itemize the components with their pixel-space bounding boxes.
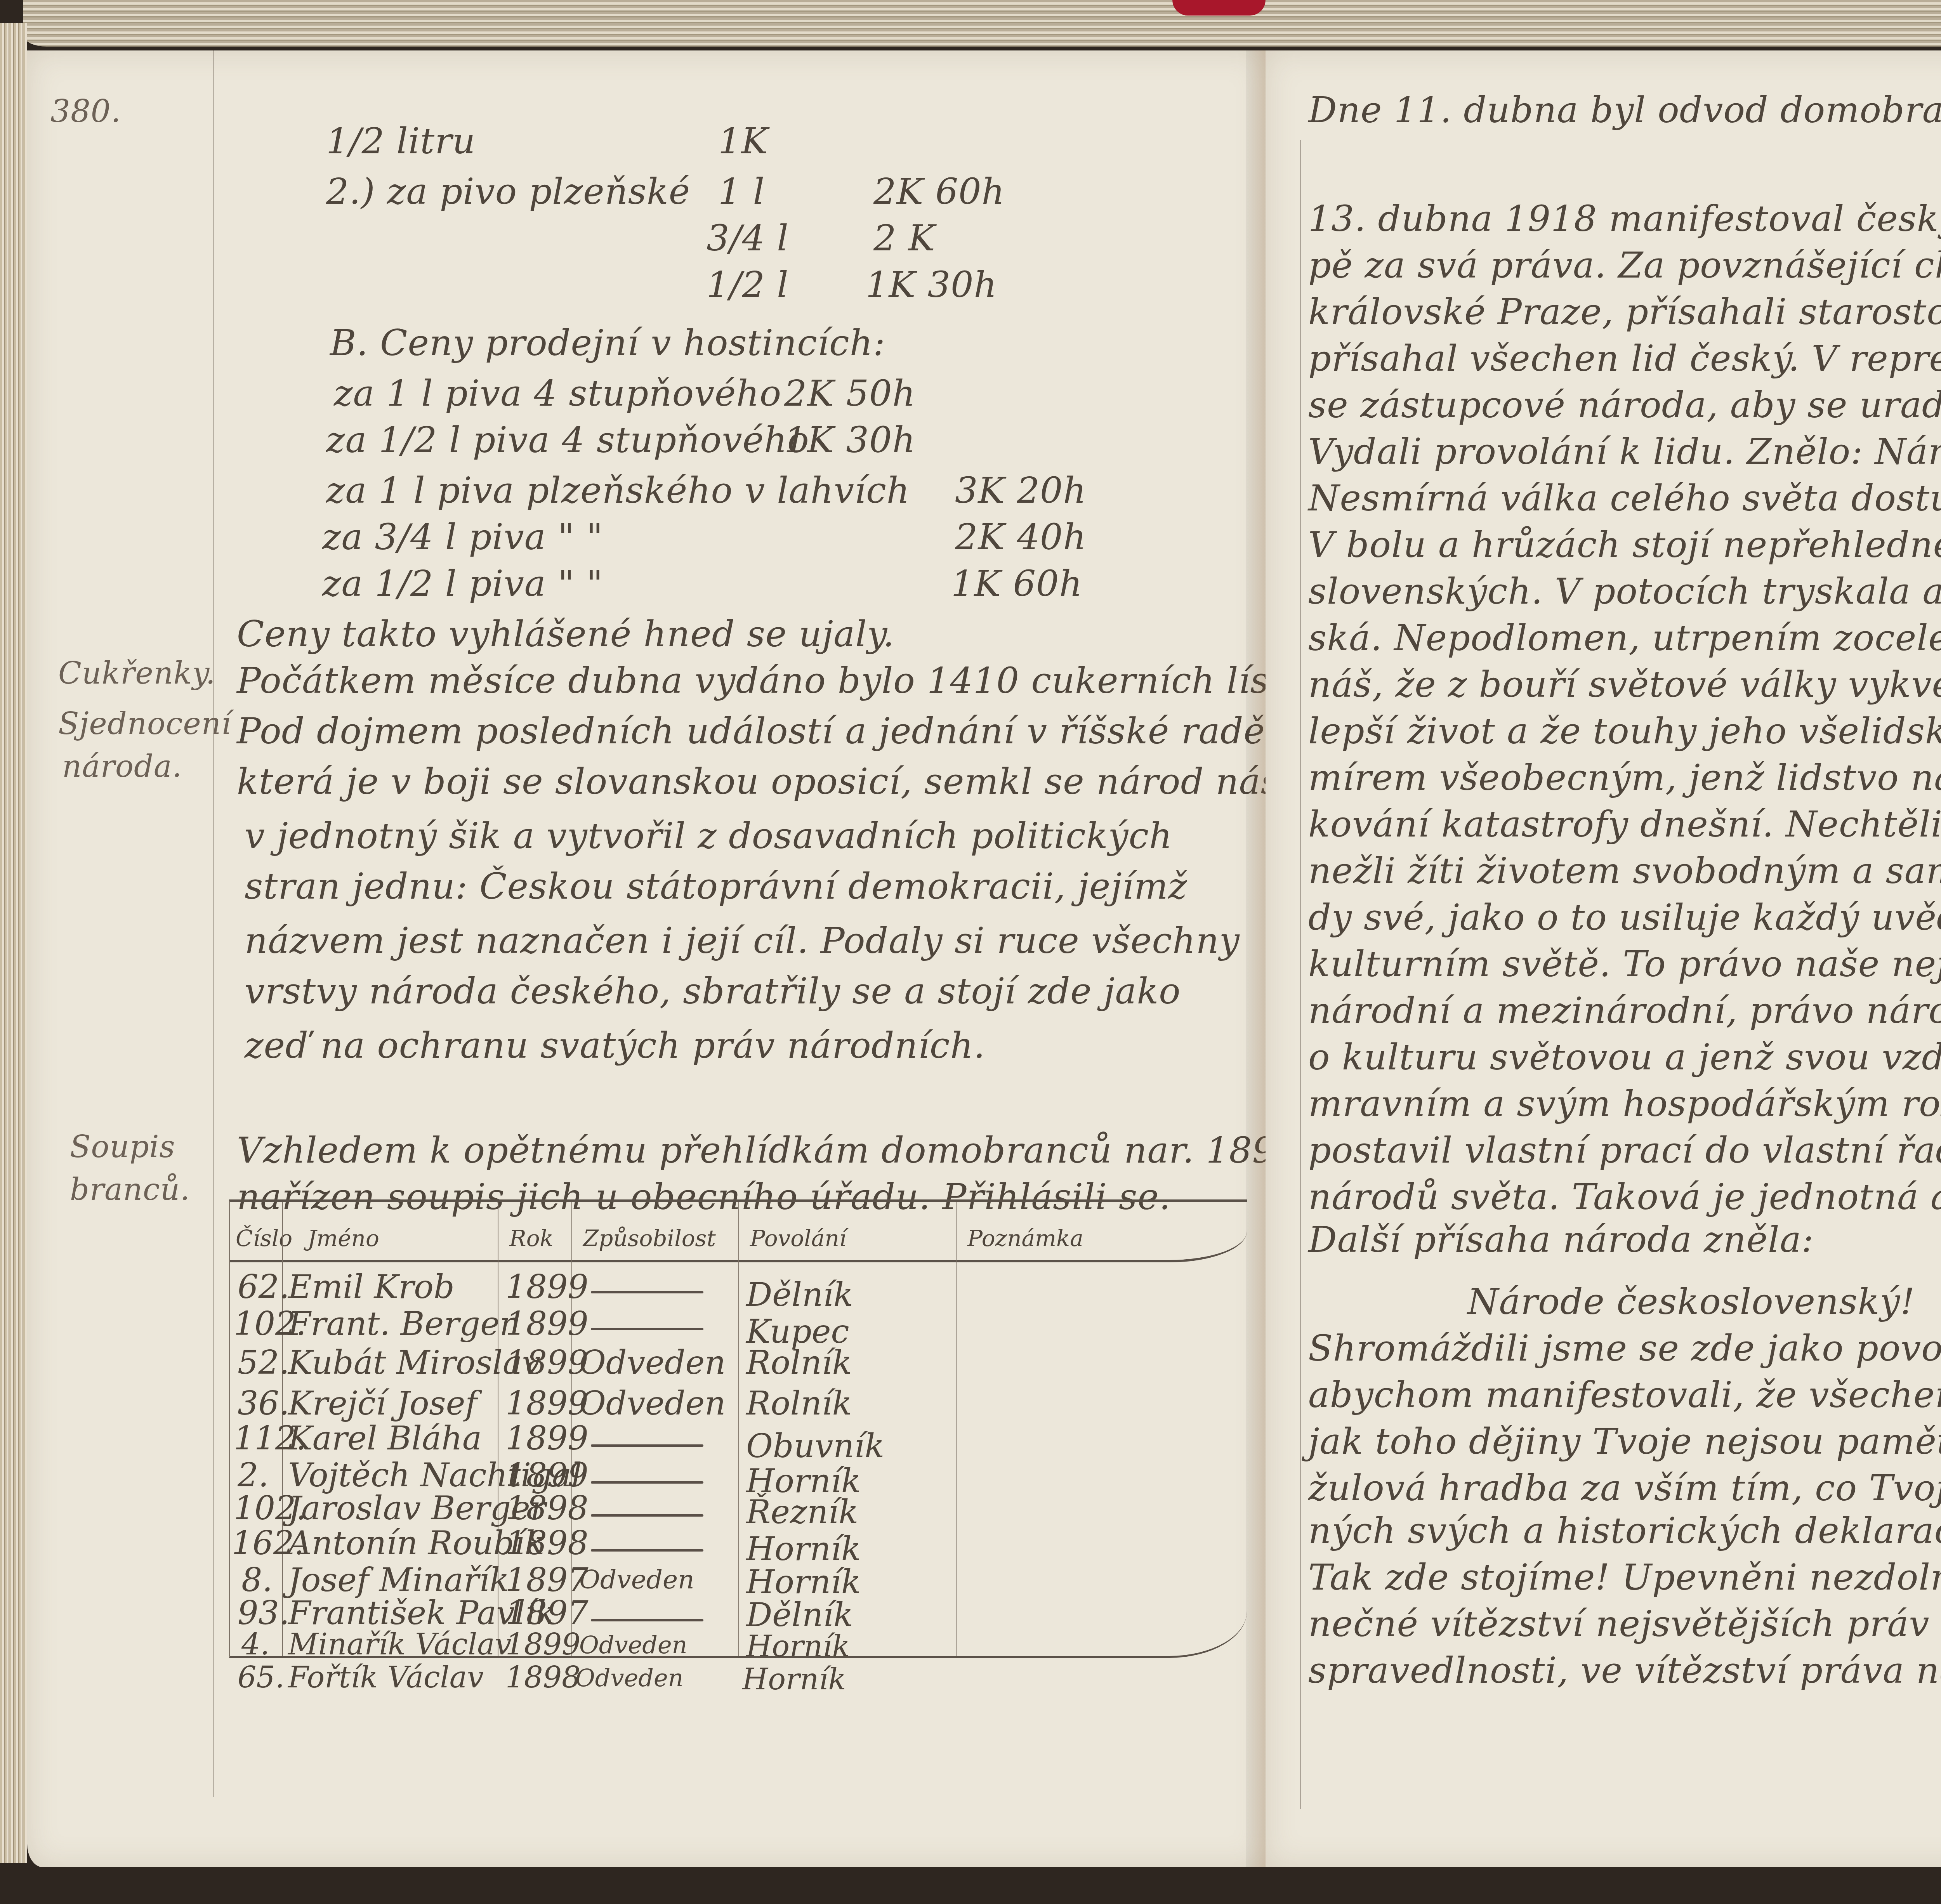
cell-jmeno: Emil Krob: [288, 1268, 455, 1306]
text-line: V bolu a hrůzách stojí nepřehledné zástu…: [1308, 524, 1941, 566]
cell-povolani: Horník: [746, 1563, 861, 1601]
price-item: 2.) za pivo plzeňské: [326, 171, 690, 212]
text-line: dy své, jako o to usiluje každý uvědoměl…: [1308, 897, 1941, 938]
text-line: kulturním světě. To právo naše nejposvát…: [1308, 943, 1941, 985]
cell-rok: 1899: [505, 1419, 589, 1457]
text-line: Shromáždili jsme se zde jako povolaní zá…: [1308, 1328, 1941, 1369]
cell-zpusobilost: Odveden: [579, 1384, 726, 1422]
text-line: žulová hradba za vším tím, co Tvoje pose…: [1308, 1467, 1941, 1509]
margin-rule: [214, 50, 214, 1797]
text-line: Nesmírná válka celého světa dostupuje sv…: [1308, 477, 1941, 519]
cell-povolani: Dělník: [746, 1596, 853, 1634]
price-qty: 1 l: [718, 171, 765, 212]
cell-rok: 1899: [505, 1384, 589, 1422]
cell-jmeno: Frant. Berger: [288, 1305, 515, 1343]
text-line: která je v boji se slovanskou oposicí, s…: [237, 761, 1280, 802]
price-value: 1K: [718, 120, 768, 162]
cell-jmeno: Karel Bláha: [288, 1419, 482, 1457]
text-line: názvem jest naznačen i její cíl. Podaly …: [245, 920, 1240, 962]
cell-cislo: 52.: [238, 1343, 290, 1382]
cell-jmeno: Josef Minařík: [288, 1561, 509, 1599]
retail-price: 1K 30h: [784, 419, 916, 461]
left-page: 380. 1/2 litru 1K 2.) za pivo plzeňské 1…: [27, 50, 1266, 1867]
text-line: Vydali provolání k lidu. Znělo: Národe č…: [1308, 431, 1941, 472]
cell-cislo: 93.: [238, 1594, 290, 1632]
cell-cislo: 62.: [238, 1268, 290, 1306]
section-b-title: B. Ceny prodejní v hostincích:: [330, 322, 885, 364]
text-line: náš, že z bouří světové války vykvete na…: [1308, 664, 1941, 705]
text-line: královské Praze, přísahali starostové v …: [1308, 291, 1941, 333]
cell-jmeno: Kubát Miroslav: [288, 1343, 540, 1382]
text-line: lepší život a že touhy jeho všelidské po…: [1308, 710, 1941, 752]
cell-cislo: 4.: [241, 1627, 270, 1661]
cell-povolani: Horník: [746, 1530, 861, 1568]
page-edges-left: [0, 23, 27, 1863]
margin-note-soupis: Soupis: [70, 1130, 175, 1165]
cell-povolani: Dělník: [746, 1276, 853, 1314]
retail-item: za 1 l piva 4 stupňového: [334, 373, 781, 414]
text-line: mírem všeobecným, jenž lidstvo na věky o…: [1308, 757, 1941, 798]
price-value: 2K 60h: [873, 171, 1005, 212]
price-qty: 1/2 l: [707, 264, 789, 305]
text-line: se zástupcové národa, aby se uradili v d…: [1308, 384, 1941, 426]
book-spread: 380. 1/2 litru 1K 2.) za pivo plzeňské 1…: [0, 0, 1941, 1904]
cell-rok: 1899: [505, 1456, 589, 1494]
text-line: národů světa. Taková je jednotná a svorn…: [1308, 1176, 1941, 1218]
retail-price: 1K 60h: [951, 563, 1083, 604]
cell-zpusobilost: Odveden: [579, 1565, 694, 1595]
header-rok: Rok: [509, 1225, 554, 1251]
cell-rok: 1898: [505, 1489, 589, 1527]
cell-povolani: Horník: [746, 1629, 850, 1663]
text-line: Vzhledem k opětnému přehlídkám domobranc…: [237, 1130, 1403, 1171]
header-povolani: Povolání: [750, 1225, 846, 1251]
text-line: mravním a svým hospodářským rozvojem s h…: [1308, 1083, 1941, 1125]
text-line: spravedlnosti, ve vítězství práva nad ná…: [1308, 1650, 1941, 1691]
dash-empty: [591, 1619, 703, 1621]
dash-empty: [591, 1444, 703, 1447]
text-line: abychom manifestovali, že všechen národ,…: [1308, 1374, 1941, 1416]
margin-note-brancu: branců.: [70, 1172, 190, 1207]
price-qty: 3/4 l: [707, 217, 789, 259]
text-line: nežli žíti životem svobodným a samostatn…: [1308, 850, 1941, 892]
header-poznamka: Poznámka: [967, 1225, 1083, 1251]
page-number: 380.: [50, 93, 121, 129]
margin-rule-left: [1300, 140, 1301, 1809]
cell-cislo: 65.: [238, 1660, 285, 1694]
column-divider: [738, 1202, 739, 1656]
text-line: Další přísaha národa zněla:: [1308, 1219, 1814, 1260]
cell-rok: 1899: [505, 1268, 589, 1306]
header-zpusobilost: Způsobilost: [583, 1225, 716, 1251]
oath-title: Národe československý!: [1467, 1281, 1915, 1323]
text-line: nečné vítězství nejsvětějších práv svých…: [1308, 1603, 1941, 1645]
header-jmeno: Jméno: [307, 1225, 379, 1251]
margin-note-sjednoceni: Sjednocení: [58, 706, 231, 741]
cell-jmeno: Minařík Václav: [288, 1627, 512, 1661]
text-line: ných svých a historických deklaracích sd…: [1308, 1510, 1941, 1552]
cell-povolani: Obuvník: [746, 1427, 884, 1465]
cell-zpusobilost: Odveden: [579, 1631, 688, 1659]
cell-povolani: Rolník: [746, 1384, 852, 1422]
text-line: stran jednu: Českou státoprávní demokrac…: [245, 866, 1188, 907]
text-line: přísahal všechen lid český. V representa…: [1308, 338, 1941, 379]
text-line: Tak zde stojíme! Upevněni nezdolnou důvě…: [1308, 1557, 1941, 1598]
cell-rok: 1898: [505, 1660, 580, 1694]
cell-jmeno: Krejčí Josef: [288, 1384, 477, 1422]
retail-price: 2K 40h: [955, 516, 1087, 558]
cell-povolani: Rolník: [746, 1343, 852, 1382]
cell-zpusobilost: Odveden: [575, 1664, 684, 1692]
right-page: 381. Odvod. Přísaha národa. Dne 11. dubn…: [1266, 50, 1941, 1867]
cell-jmeno: Fořtík Václav: [288, 1660, 484, 1694]
cell-cislo: 8.: [241, 1561, 273, 1599]
text-line: v jednotný šik a vytvořil z dosavadních …: [245, 815, 1172, 857]
text-line: zeď na ochranu svatých práv národních.: [245, 1025, 985, 1066]
header-cislo: Číslo: [236, 1225, 292, 1251]
cell-rok: 1898: [505, 1524, 589, 1562]
dash-empty: [591, 1481, 703, 1484]
price-item: 1/2 litru: [326, 120, 476, 162]
price-value: 1K 30h: [866, 264, 997, 305]
text-line: vrstvy národa českého, sbratřily se a st…: [245, 970, 1181, 1012]
text-line: národní a mezinárodní, právo národa, jen…: [1308, 990, 1941, 1031]
text-line: postavil vlastní prací do vlastní řady d…: [1308, 1130, 1941, 1171]
bookmark-ribbon: [1172, 0, 1266, 16]
column-divider: [956, 1202, 957, 1656]
dash-empty: [591, 1328, 703, 1330]
cell-rok: 1897: [505, 1594, 589, 1632]
dash-empty: [591, 1291, 703, 1293]
text-line: Pod dojmem posledních událostí a jednání…: [237, 710, 1277, 752]
prices-note: Ceny takto vyhlášené hned se ujaly.: [237, 613, 895, 655]
retail-price: 2K 50h: [784, 373, 916, 414]
cell-rok: 1899: [505, 1627, 580, 1661]
text-line: ská. Nepodlomen, utrpením zocelen, věřil…: [1308, 617, 1941, 659]
cell-rok: 1899: [505, 1305, 589, 1343]
conscripts-table: Číslo Jméno Rok Způsobilost Povolání Poz…: [229, 1199, 1247, 1658]
cell-cislo: 36.: [238, 1384, 290, 1422]
retail-item: za 1 l piva plzeňského v lahvích: [326, 470, 910, 511]
cell-rok: 1899: [505, 1343, 589, 1382]
text-line: 13. dubna 1918 manifestoval český národ …: [1308, 198, 1941, 240]
retail-price: 3K 20h: [955, 470, 1087, 511]
price-value: 2 K: [873, 217, 936, 259]
paragraph-cukrenky: Počátkem měsíce dubna vydáno bylo 1410 c…: [237, 660, 1341, 701]
margin-note-naroda: národa.: [62, 749, 182, 784]
retail-item: za 3/4 l piva " ": [322, 516, 603, 558]
text-line: kování katastrofy dnešní. Nechtěli jsme …: [1308, 804, 1941, 845]
page-edges-top: [23, 0, 1941, 47]
cell-zpusobilost: Odveden: [579, 1343, 726, 1382]
cell-povolani: Horník: [742, 1662, 846, 1696]
retail-item: za 1/2 l piva 4 stupňového: [326, 419, 809, 461]
cell-rok: 1897: [505, 1561, 589, 1599]
dash-empty: [591, 1514, 703, 1517]
text-line: jak toho dějiny Tvoje nejsou pamětníky, …: [1308, 1421, 1941, 1462]
cell-povolani: Řezník: [746, 1493, 858, 1531]
margin-note-cukrenky: Cukřenky.: [58, 656, 216, 691]
cell-cislo: 2.: [238, 1456, 269, 1494]
text-line: pě za svá práva. Za povznášející chvíle …: [1308, 245, 1941, 286]
heading-line: Dne 11. dubna byl odvod domobranců naroz…: [1308, 89, 1941, 131]
text-line: slovenských. V potocích tryskala a trysk…: [1308, 571, 1941, 612]
retail-item: za 1/2 l piva " ": [322, 563, 603, 604]
dash-empty: [591, 1549, 703, 1552]
text-line: o kulturu světovou a jenž svou vzdělanos…: [1308, 1036, 1941, 1078]
